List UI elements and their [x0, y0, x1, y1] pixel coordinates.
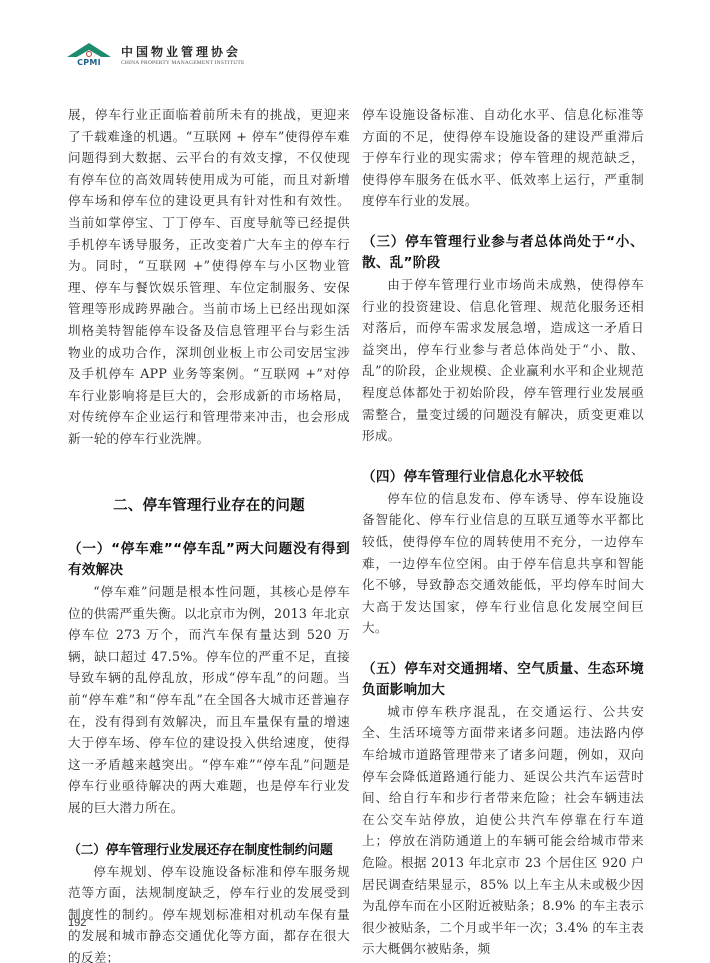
left-column: 展，停车行业正面临着前所未有的挑战，更迎来了千载难逢的机遇。“互联网 + 停车”…: [68, 104, 350, 963]
page-header: CPMI 中国物业管理协会 CHINA PROPERTY MANAGEMENT …: [67, 41, 245, 71]
logo-abbr: CPMI: [72, 58, 106, 67]
intro-paragraph: 展，停车行业正面临着前所未有的挑战，更迎来了千载难逢的机遇。“互联网 + 停车”…: [68, 104, 350, 450]
continued-paragraph: 停车设施设备标准、自动化水平、信息化标准等方面的不足，使得停车设施设备的建设严重…: [362, 104, 644, 212]
page-number: 192: [68, 917, 86, 929]
section-title: 二、停车管理行业存在的问题: [68, 496, 350, 518]
subsection-4-title: （四）停车管理行业信息化水平较低: [362, 467, 644, 488]
subsection-3-body: 由于停车管理行业市场尚未成熟，使得停车行业的投资建设、信息化管理、规范化服务还相…: [362, 274, 644, 447]
org-name-en: CHINA PROPERTY MANAGEMENT INSTITUTE: [121, 59, 245, 67]
subsection-1-title: （一）“停车难”“停车乱”两大问题没有得到有效解决: [68, 539, 350, 581]
subsection-3-title: （三）停车管理行业参与者总体尚处于“小、散、乱”阶段: [362, 232, 644, 274]
subsection-2-body: 停车规划、停车设施设备标准和停车服务规范等方面，法规制度缺乏，停车行业的发展受到…: [68, 861, 350, 963]
subsection-5-body: 城市停车秩序混乱，在交通运行、公共安全、生活环境等方面带来诸多问题。违法路内停车…: [362, 701, 644, 960]
subsection-4-body: 停车位的信息发布、停车诱导、停车设施设备智能化、停车行业信息的互联互通等水平都比…: [362, 488, 644, 639]
cpmi-logo-icon: CPMI: [67, 43, 111, 69]
subsection-1-body: “停车难”问题是根本性问题，其核心是停车位的供需严重失衡。以北京市为例，2013…: [68, 581, 350, 819]
subsection-5-title: （五）停车对交通拥堵、空气质量、生态环境负面影响加大: [362, 659, 644, 701]
right-column: 停车设施设备标准、自动化水平、信息化标准等方面的不足，使得停车设施设备的建设严重…: [362, 104, 644, 960]
org-name-cn: 中国物业管理协会: [121, 45, 245, 59]
subsection-2-title: （二）停车管理行业发展还存在制度性制约问题: [68, 840, 350, 861]
logo-emblem-icon: [86, 51, 92, 57]
org-name-block: 中国物业管理协会 CHINA PROPERTY MANAGEMENT INSTI…: [121, 45, 245, 67]
